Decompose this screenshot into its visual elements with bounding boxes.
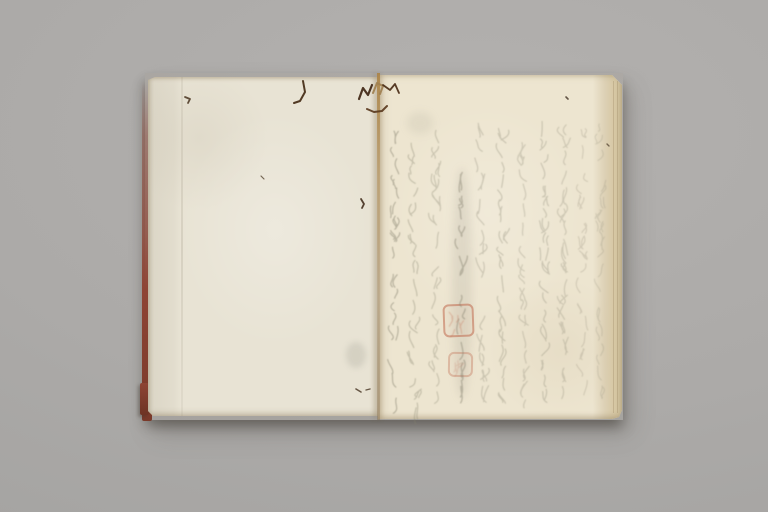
top-smudge bbox=[407, 112, 433, 134]
page-stack-line bbox=[613, 81, 614, 413]
book-cover-corner bbox=[140, 383, 149, 415]
photo-canvas bbox=[0, 0, 768, 512]
left-page bbox=[148, 77, 379, 416]
center-fold bbox=[377, 73, 380, 420]
book bbox=[145, 73, 623, 420]
page-stack-line bbox=[617, 81, 618, 413]
gutter-smudge bbox=[346, 342, 366, 368]
lower-seal bbox=[448, 352, 473, 377]
left-page-crease bbox=[181, 77, 183, 416]
upper-seal bbox=[442, 303, 474, 337]
